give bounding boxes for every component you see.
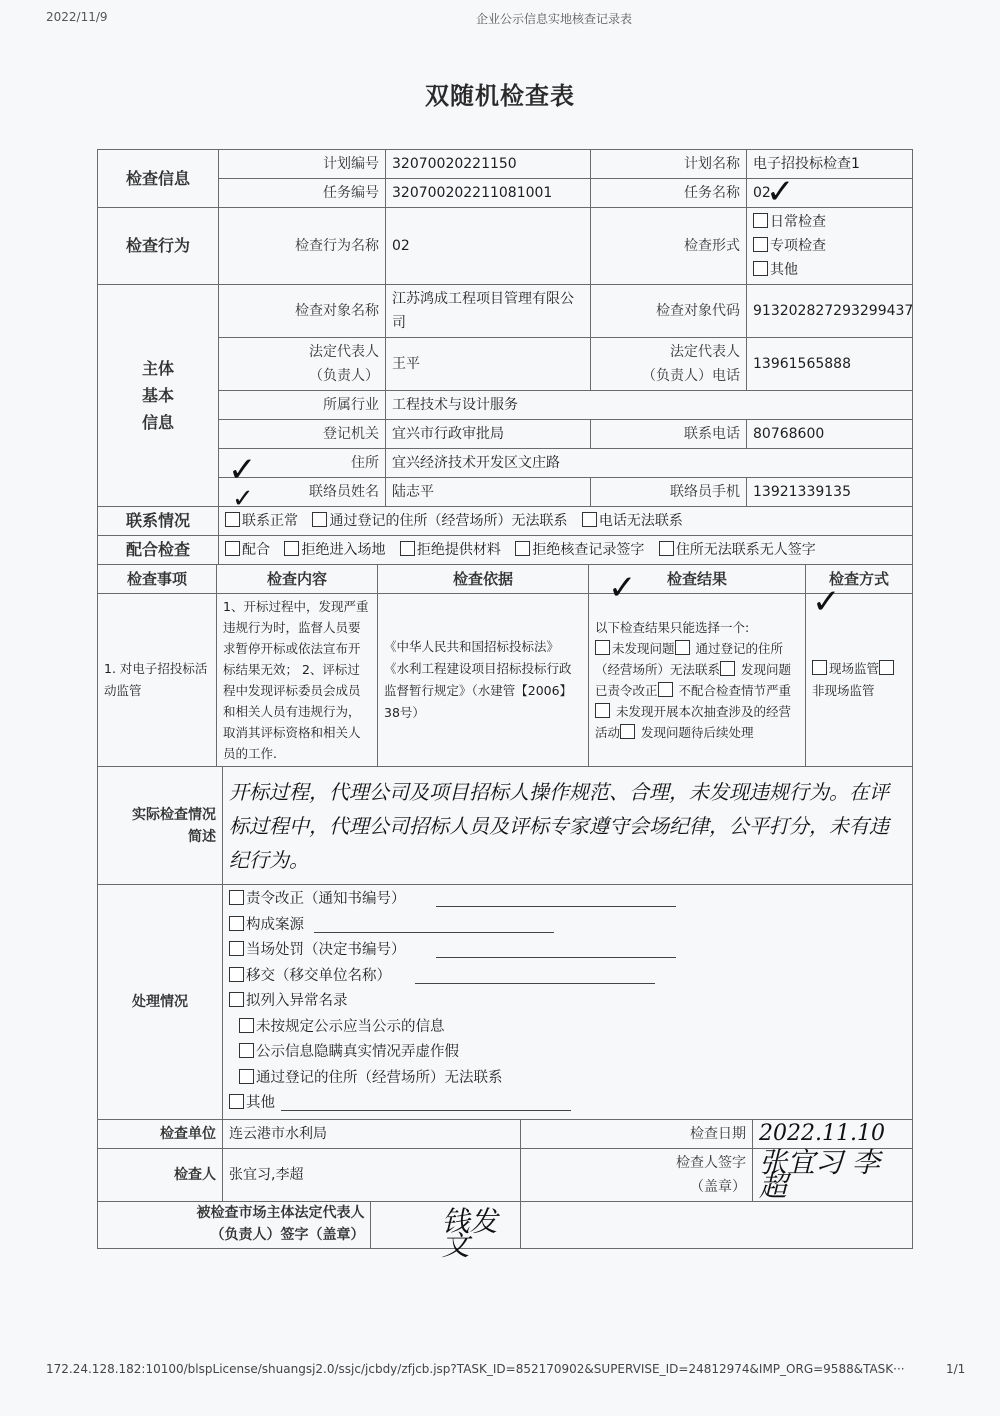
action-name-label: 检查行为名称 [219, 208, 386, 285]
object-code-label: 检查对象代码 [591, 285, 747, 338]
plan-no-value: 32070020221150 [386, 150, 591, 179]
method-option-onsite[interactable]: 现场监管 [812, 661, 879, 676]
check-mark-icon: ✓ [608, 568, 637, 608]
signoff-table: 检查单位 连云港市水利局 检查日期 2022.11.10 检查人 张宜习,李超 … [97, 1119, 913, 1249]
contact-phone-label: 联系电话 [591, 420, 747, 449]
inspection-form-options: 日常检查 专项检查 其他 [747, 208, 913, 285]
checkbox[interactable] [229, 941, 244, 956]
coop-option-refuse-entry[interactable]: 拒绝进入场地 [284, 542, 385, 558]
checkbox[interactable] [229, 992, 244, 1007]
reg-authority-value: 宜兴市行政审批局 [386, 420, 591, 449]
inspector-signature: 张宜习 李超 [753, 1148, 913, 1201]
object-code-value: 913202827293299437 [747, 285, 913, 338]
cooperation-label: 配合检查 [98, 536, 219, 565]
document-title: 双随机检查表 [0, 76, 1000, 111]
section-inspection-info: 检查信息 [98, 150, 219, 208]
checkbox[interactable] [659, 541, 674, 556]
object-name-value: 江苏鸿成工程项目管理有限公司 [386, 285, 591, 338]
checkbox[interactable] [753, 237, 768, 252]
industry-value: 工程技术与设计服务 [386, 391, 913, 420]
footer-url: 172.24.128.182:10100/blspLicense/shuangs… [46, 1362, 905, 1376]
actual-situation-handwriting: 开标过程，代理公司及项目招标人操作规范、合理，未发现违规行为。在评标过程中，代理… [223, 767, 913, 885]
legal-rep-label: 法定代表人（负责人） [219, 338, 386, 391]
form-option-routine[interactable]: 日常检查 [753, 210, 906, 234]
col-header-content: 检查内容 [217, 565, 378, 594]
checkbox[interactable] [225, 541, 240, 556]
checkbox[interactable] [658, 682, 673, 697]
inspection-form-label: 检查形式 [591, 208, 747, 285]
print-header-title: 企业公示信息实地核查记录表 [476, 10, 632, 27]
checkbox[interactable] [229, 916, 244, 931]
checkbox[interactable] [879, 660, 894, 675]
result-option-uncooperative[interactable]: 不配合检查情节严重 [658, 683, 792, 698]
checkbox[interactable] [675, 640, 690, 655]
plan-name-label: 计划名称 [591, 150, 747, 179]
check-mark-icon: ✓ [232, 484, 254, 514]
handling-suboption-false-info[interactable]: 公示信息隐瞒真实情况弄虚作假 [229, 1040, 906, 1066]
address-value: 宜兴经济技术开发区文庄路 [386, 449, 913, 478]
blank-line[interactable] [314, 918, 554, 933]
blank-line[interactable] [415, 969, 655, 984]
action-name-value: 02 [386, 208, 591, 285]
basis-cell: 《中华人民共和国招标投标法》 《水利工程建设项目招标投标行政监督暂行规定》（水建… [378, 594, 589, 767]
object-name-label: 检查对象名称 [219, 285, 386, 338]
checkbox[interactable] [812, 660, 827, 675]
footer-page-number: 1/1 [946, 1362, 965, 1376]
coop-option-cooperate[interactable]: 配合 [225, 542, 270, 558]
subject-sign-row: 被检查市场主体法定代表人 （负责人）签字（盖章） 钱发文 [98, 1201, 521, 1248]
checkbox[interactable] [595, 640, 610, 655]
contact-status-label: 联系情况 [98, 507, 219, 536]
inspection-items-table: 检查事项 检查内容 检查依据 检查结果 检查方式 1. 对电子招投标活动监管 1… [97, 564, 913, 767]
coop-option-no-one-sign[interactable]: 住所无法联系无人签字 [659, 542, 816, 558]
actual-situation-label: 实际检查情况 简述 [98, 767, 223, 885]
inspector-label: 检查人 [98, 1148, 223, 1201]
contact-phone-value: 80768600 [747, 420, 913, 449]
plan-no-label: 计划编号 [219, 150, 386, 179]
task-no-label: 任务编号 [219, 179, 386, 208]
inspection-form: 检查信息 计划编号 32070020221150 计划名称 电子招投标检查1 任… [97, 149, 912, 1249]
form-option-other[interactable]: 其他 [753, 258, 906, 282]
checkbox[interactable] [312, 512, 327, 527]
blank-line[interactable] [281, 1096, 571, 1111]
legal-rep-value: 王平 [386, 338, 591, 391]
handling-option-transfer[interactable]: 移交（移交单位名称） [229, 964, 906, 990]
checkbox[interactable] [400, 541, 415, 556]
checkbox[interactable] [284, 541, 299, 556]
checkbox[interactable] [239, 1069, 254, 1084]
result-option-no-issue[interactable]: 未发现问题 [595, 641, 675, 656]
check-mark-icon: ✓ [766, 172, 795, 212]
checkbox[interactable] [753, 261, 768, 276]
checkbox[interactable] [753, 213, 768, 228]
checkbox[interactable] [595, 703, 610, 718]
handling-label: 处理情况 [98, 885, 223, 1120]
reg-authority-label: 登记机关 [219, 420, 386, 449]
handling-option-abnormal-list[interactable]: 拟列入异常名录 [229, 989, 906, 1015]
col-header-basis: 检查依据 [378, 565, 589, 594]
inspector-sign-label: 检查人签字 （盖章） [521, 1148, 753, 1201]
checkbox[interactable] [229, 967, 244, 982]
checkbox[interactable] [229, 1094, 244, 1109]
coop-option-refuse-sign[interactable]: 拒绝核查记录签字 [515, 542, 644, 558]
checkbox[interactable] [620, 724, 635, 739]
contact-status-options: 联系正常 通过登记的住所（经营场所）无法联系 电话无法联系 [219, 507, 913, 536]
handling-options: 责令改正（通知书编号） 构成案源 当场处罚（决定书编号） 移交（移交单位名称） … [223, 885, 913, 1120]
checkbox[interactable] [225, 512, 240, 527]
date-label: 检查日期 [521, 1119, 753, 1148]
task-no-value: 320700202211081001 [386, 179, 591, 208]
checkbox[interactable] [229, 890, 244, 905]
checkbox[interactable] [582, 512, 597, 527]
contact-option-phone-unreachable[interactable]: 电话无法联系 [582, 513, 683, 529]
col-header-item: 检查事项 [98, 565, 217, 594]
form-lower-table: 实际检查情况 简述 开标过程，代理公司及项目招标人操作规范、合理，未发现违规行为… [97, 766, 913, 1120]
result-cell: 以下检查结果只能选择一个: 未发现问题 通过登记的住所（经营场所）无法联系 发现… [589, 594, 806, 767]
handling-option-rectify[interactable]: 责令改正（通知书编号） [229, 887, 906, 913]
section-inspection-action: 检查行为 [98, 208, 219, 285]
coop-option-refuse-materials[interactable]: 拒绝提供材料 [400, 542, 501, 558]
handling-option-case-source[interactable]: 构成案源 [229, 913, 906, 939]
table-row: 1. 对电子招投标活动监管 1、开标过程中，发现严重违规行为时，监督人员要求暂停… [98, 594, 913, 767]
checkbox[interactable] [239, 1018, 254, 1033]
handling-suboption-not-disclosed[interactable]: 未按规定公示应当公示的信息 [229, 1015, 906, 1041]
legal-rep-phone-value: 13961565888 [747, 338, 913, 391]
date-handwritten: 2022.11.10 [753, 1119, 913, 1148]
checkbox[interactable] [515, 541, 530, 556]
check-mark-icon: ✓ [812, 582, 841, 622]
checkbox[interactable] [239, 1043, 254, 1058]
subject-sign-blank [521, 1201, 913, 1248]
unit-value: 连云港市水利局 [223, 1119, 521, 1148]
legal-rep-phone-label: 法定代表人（负责人）电话 [591, 338, 747, 391]
print-date: 2022/11/9 [46, 10, 108, 24]
item-cell: 1. 对电子招投标活动监管 [98, 594, 217, 767]
form-option-special[interactable]: 专项检查 [753, 234, 906, 258]
handling-suboption-address-unreachable[interactable]: 通过登记的住所（经营场所）无法联系 [229, 1066, 906, 1092]
contact-option-address-unreachable[interactable]: 通过登记的住所（经营场所）无法联系 [312, 513, 567, 529]
checkbox[interactable] [720, 661, 735, 676]
blank-line[interactable] [436, 892, 676, 907]
liaison-value: 陆志平 [386, 478, 591, 507]
unit-label: 检查单位 [98, 1119, 223, 1148]
subject-signature: 钱发文 [371, 1202, 520, 1248]
result-option-pending[interactable]: 发现问题待后续处理 [620, 725, 754, 740]
blank-line[interactable] [436, 943, 676, 958]
handling-option-penalty[interactable]: 当场处罚（决定书编号） [229, 938, 906, 964]
industry-label: 所属行业 [219, 391, 386, 420]
task-name-label: 任务名称 [591, 179, 747, 208]
subject-sign-label: 被检查市场主体法定代表人 （负责人）签字（盖章） [98, 1202, 371, 1248]
liaison-mobile-value: 13921339135 [747, 478, 913, 507]
section-subject-info: 主体基本信息 [98, 285, 219, 507]
handling-option-other[interactable]: 其他 [229, 1091, 906, 1117]
content-cell: 1、开标过程中，发现严重违规行为时，监督人员要求暂停开标或依法宣布开标结果无效；… [217, 594, 378, 767]
cooperation-options: 配合 拒绝进入场地 拒绝提供材料 拒绝核查记录签字 住所无法联系无人签字 [219, 536, 913, 565]
inspector-value: 张宜习,李超 [223, 1148, 521, 1201]
liaison-mobile-label: 联络员手机 [591, 478, 747, 507]
contact-option-normal[interactable]: 联系正常 [225, 513, 298, 529]
